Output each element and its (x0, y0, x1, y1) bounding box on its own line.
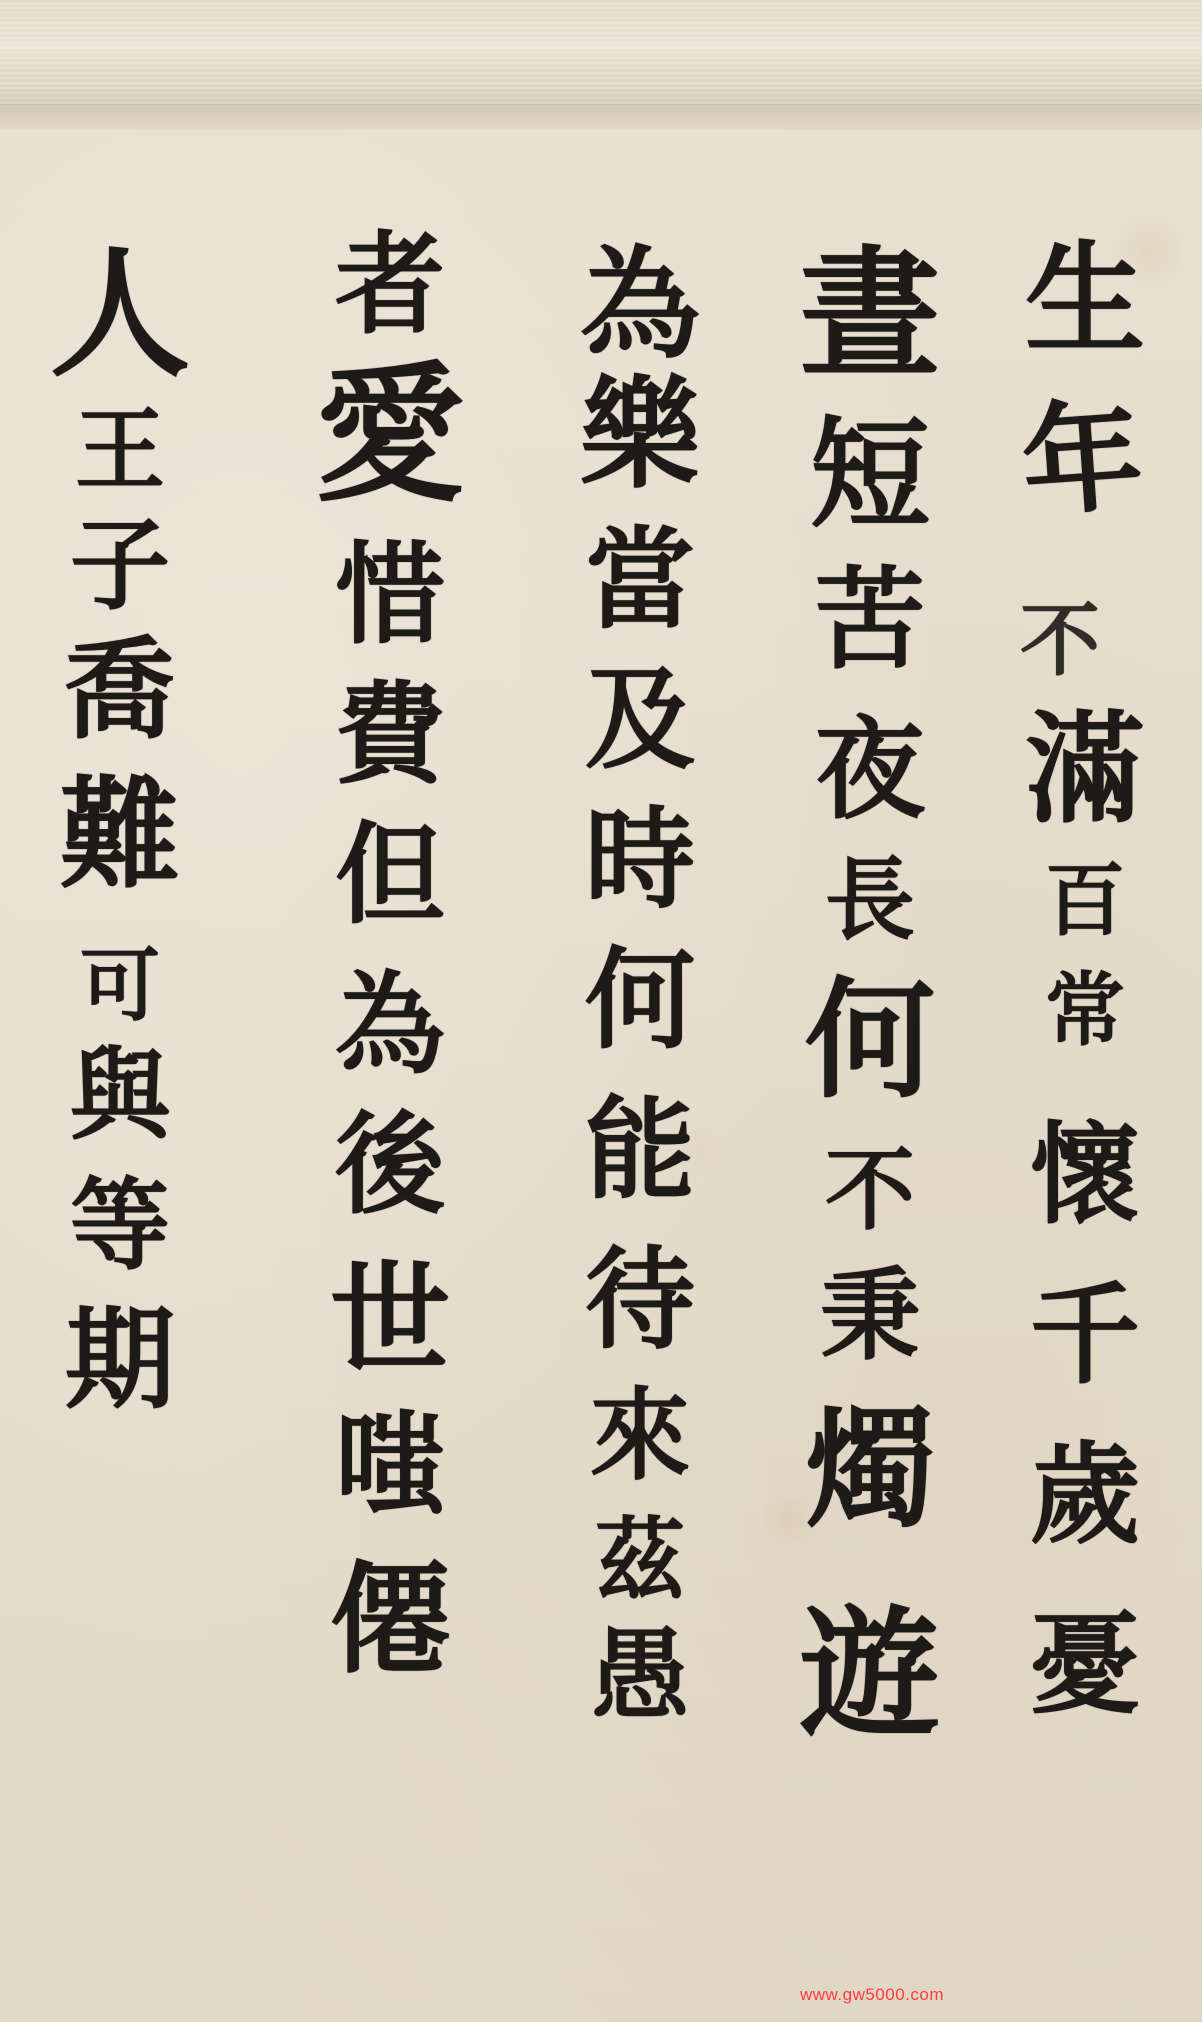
calligraphy-char: 長 (825, 855, 915, 975)
calligraphy-char: 難 (60, 775, 180, 945)
calligraphy-char: 世 (330, 1260, 450, 1410)
calligraphy-char: 茲 (595, 1515, 685, 1625)
calligraphy-char: 為 (335, 970, 445, 1110)
calligraphy-char: 與 (70, 1045, 170, 1175)
calligraphy-char: 百 (1045, 860, 1125, 970)
calligraphy-char: 後 (335, 1110, 445, 1260)
calligraphy-char: 何 (585, 945, 695, 1095)
calligraphy-char: 生 (1025, 240, 1145, 400)
calligraphy-char: 歲 (1030, 1440, 1140, 1610)
calligraphy-char: 不 (825, 1145, 915, 1265)
calligraphy-char: 樂 (580, 375, 700, 525)
calligraphy-char: 能 (585, 1095, 695, 1245)
calligraphy-char: 喬 (65, 635, 175, 775)
calligraphy-char: 待 (585, 1245, 695, 1385)
calligraphy-char: 晝 (800, 245, 940, 415)
calligraphy-char: 當 (585, 525, 695, 665)
calligraphy-char: 王 (75, 405, 165, 515)
calligraphy-char: 及 (585, 665, 695, 805)
calligraphy-char: 遊 (800, 1605, 940, 1805)
calligraphy-char: 來 (590, 1385, 690, 1515)
calligraphy-char: 秉 (820, 1265, 920, 1405)
calligraphy-char: 費 (335, 680, 445, 820)
calligraphy-column-1: 生 年 不 滿 百 常 懷 千 歲 憂 (985, 240, 1185, 1780)
calligraphy-char: 短 (810, 415, 930, 565)
calligraphy-char: 滿 (1025, 710, 1145, 860)
calligraphy-char: 不 (1020, 600, 1100, 710)
calligraphy-char: 期 (65, 1305, 175, 1445)
calligraphy-char: 時 (585, 805, 695, 945)
calligraphy-char: 燭 (805, 1405, 935, 1605)
calligraphy-char: 子 (70, 515, 170, 635)
calligraphy-char: 常 (1045, 970, 1125, 1120)
calligraphy-column-4: 者 愛 惜 費 但 為 後 世 嗤 僊 (290, 230, 490, 1720)
calligraphy-char: 懷 (1030, 1120, 1140, 1280)
calligraphy-char: 千 (1030, 1280, 1140, 1440)
calligraphy-char: 惜 (335, 540, 445, 680)
calligraphy-char: 嗤 (335, 1410, 445, 1560)
calligraphy-column-3: 為 樂 當 及 時 何 能 待 來 茲 愚 (540, 245, 740, 1745)
calligraphy-char: 等 (70, 1175, 170, 1305)
calligraphy-char: 僊 (330, 1560, 450, 1720)
calligraphy-column-5: 人 王 子 喬 難 可 與 等 期 (20, 245, 220, 1445)
mount-seam (0, 104, 1202, 131)
calligraphy-char: 夜 (815, 715, 925, 855)
calligraphy-char: 為 (580, 245, 700, 375)
calligraphy-char: 愛 (315, 360, 465, 540)
site-watermark: www.gw5000.com (800, 1985, 944, 2005)
calligraphy-char: 何 (805, 975, 935, 1145)
calligraphy-column-2: 晝 短 苦 夜 長 何 不 秉 燭 遊 (770, 245, 970, 1805)
calligraphy-char: 可 (80, 945, 160, 1045)
scroll-mount-top (0, 0, 1202, 104)
calligraphy-char: 者 (335, 230, 445, 360)
calligraphy-char: 人 (50, 245, 190, 405)
calligraphy-char: 苦 (815, 565, 925, 715)
calligraphy-char: 年 (1018, 396, 1152, 604)
calligraphy-char: 愚 (590, 1625, 690, 1745)
calligraphy-char: 憂 (1030, 1610, 1140, 1780)
calligraphy-char: 但 (335, 820, 445, 970)
